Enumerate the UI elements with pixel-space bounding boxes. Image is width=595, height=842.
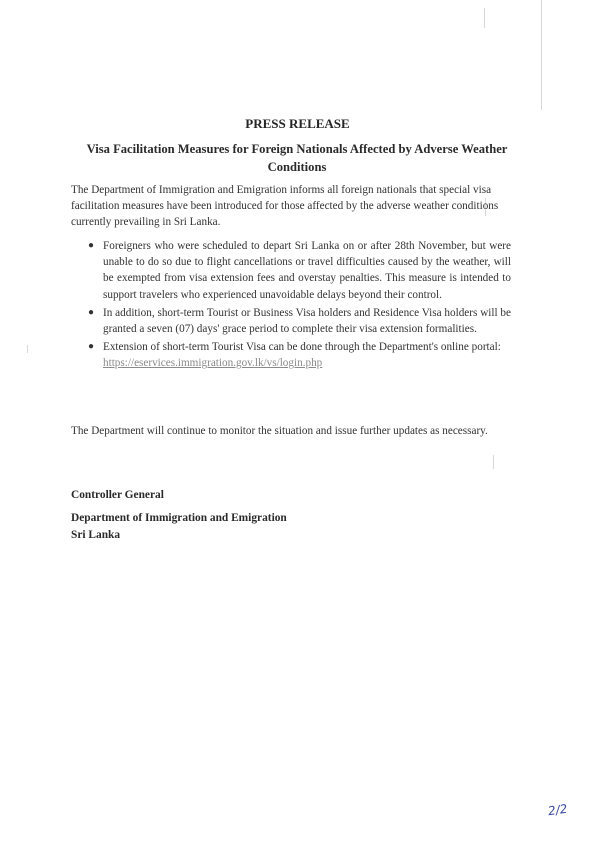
list-item-text: In addition, short-term Tourist or Busin… xyxy=(103,307,511,335)
organization-name: Department of Immigration and Emigration xyxy=(71,510,287,527)
list-item: ● Foreigners who were scheduled to depar… xyxy=(86,238,511,303)
organization-country: Sri Lanka xyxy=(71,527,287,544)
press-release-page: PRESS RELEASE Visa Facilitation Measures… xyxy=(0,0,595,842)
scan-artifact xyxy=(541,0,542,110)
release-subtitle: Visa Facilitation Measures for Foreign N… xyxy=(62,140,532,176)
list-item: ● Extension of short-term Tourist Visa c… xyxy=(86,339,511,371)
bullet-icon: ● xyxy=(88,238,94,254)
page-title: PRESS RELEASE xyxy=(0,116,595,132)
bullet-icon: ● xyxy=(88,339,94,355)
scan-artifact xyxy=(484,8,485,28)
list-item-text: Extension of short-term Tourist Visa can… xyxy=(103,341,501,353)
handwritten-page-number: 2/2 xyxy=(547,802,568,819)
measures-list: ● Foreigners who were scheduled to depar… xyxy=(86,238,511,374)
list-item-text: Foreigners who were scheduled to depart … xyxy=(103,240,511,301)
scan-artifact xyxy=(493,455,494,469)
intro-paragraph: The Department of Immigration and Emigra… xyxy=(71,182,511,231)
scan-artifact xyxy=(27,345,28,353)
bullet-icon: ● xyxy=(88,305,94,321)
portal-link[interactable]: https://eservices.immigration.gov.lk/vs/… xyxy=(103,355,511,371)
closing-paragraph: The Department will continue to monitor … xyxy=(71,423,511,439)
signatory-title: Controller General xyxy=(71,487,164,504)
list-item: ● In addition, short-term Tourist or Bus… xyxy=(86,305,511,337)
signatory-organization: Department of Immigration and Emigration… xyxy=(71,510,287,544)
